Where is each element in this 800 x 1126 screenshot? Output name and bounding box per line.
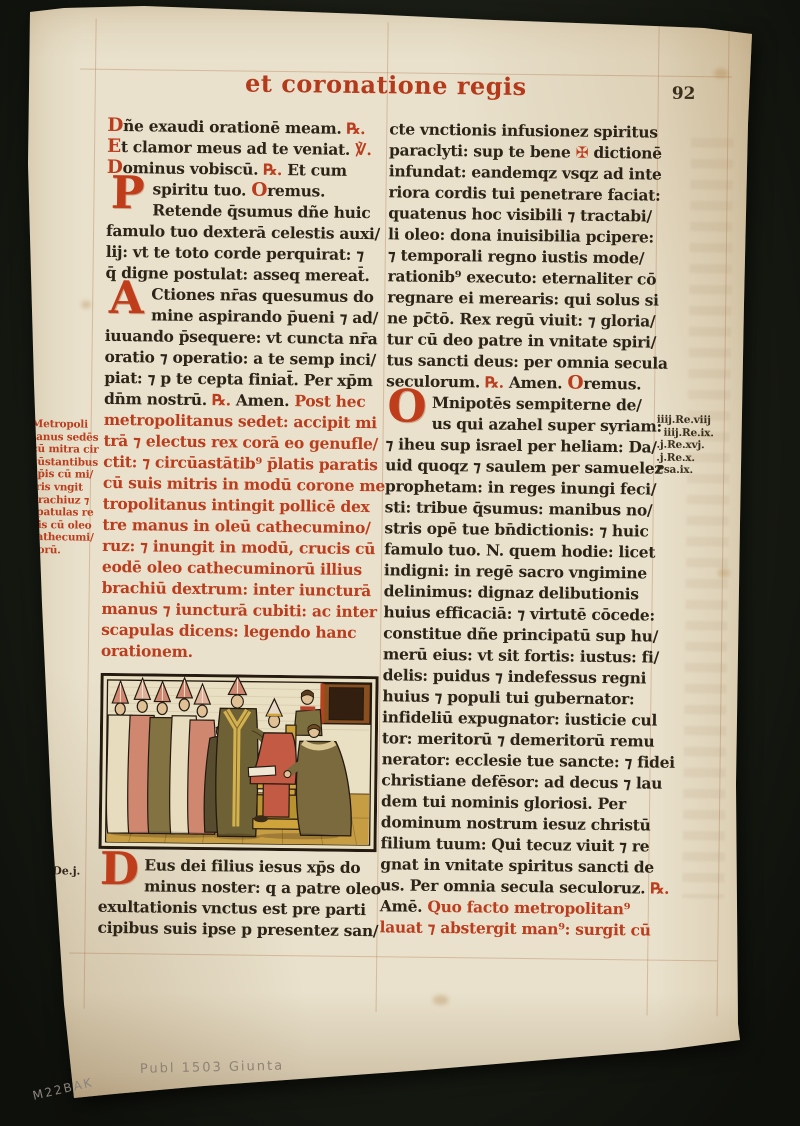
fox-spot <box>714 68 728 78</box>
printed-page-content: et coronatione regis 92 Metropolitanus s… <box>11 0 758 1107</box>
dropcap-initial: O <box>384 385 431 428</box>
text-line: .j.Re.x. <box>656 451 726 464</box>
text-line: ep̄is cū mi/ <box>31 468 97 481</box>
text-line: Eus dei filius iesus xp̄s do <box>144 854 378 878</box>
photograph-of-leaf: { "photo":{ "backdrop_color":"#20241a", … <box>0 0 800 1126</box>
text-line: lauat ⁊ abstergit man⁹: surgit cū <box>379 916 651 940</box>
leaf-photo: et coronatione regis 92 Metropolitanus s… <box>0 0 800 1126</box>
text-line: Psa.ix. <box>656 464 726 477</box>
frame-rule-bottom <box>69 952 717 961</box>
right-text-column: cte vnctionis infusionez spiritusparacly… <box>379 118 661 940</box>
text-line: .j.Re.xvj. <box>656 439 726 452</box>
text-line: Metropoli <box>32 418 98 431</box>
text-line: Mnipotēs sempiterne de/ <box>432 392 658 416</box>
pencil-annotation-publisher: Publ 1503 Giunta <box>140 1059 285 1077</box>
manuscript-leaf: et coronatione regis 92 Metropolitanus s… <box>24 4 758 1102</box>
text-line: orationem. <box>101 640 381 664</box>
text-line: Ctiones nr̄as quesumus do <box>151 283 385 307</box>
text-line: us qui azahel super syriam: <box>432 413 658 437</box>
text-line: brachiuz ⁊ <box>31 494 97 507</box>
text-line: gis cū oleo <box>30 519 96 532</box>
fox-spot <box>433 995 449 1005</box>
text-line: spiritu tuo. Oremus. <box>152 178 386 202</box>
text-line: Retende q̄sumus dñe huic <box>152 199 386 223</box>
text-line: norū. <box>30 544 96 557</box>
woodcut-illustration <box>99 673 379 852</box>
text-line: cū mitra cir <box>31 443 97 456</box>
text-line: tanus sedēs <box>31 431 97 444</box>
margin-note-metropolitanus: Metropolitanus sedēscū mitra circūstanti… <box>30 418 98 557</box>
margin-ref-de-j: De.j. <box>52 864 80 877</box>
text-line: iiij.Re.ix. <box>657 426 727 439</box>
text-line: cathecumi/ <box>30 531 96 544</box>
text-line: minus noster: q a patre oleo <box>144 875 378 899</box>
fox-spot <box>81 301 91 309</box>
page-number: 92 <box>672 84 696 104</box>
text-line: cūstantibus <box>31 456 97 469</box>
left-text-column: Dñe exaudi orationē meam. ℞.Et clamor me… <box>101 115 388 664</box>
text-line: iiij.Re.viij <box>657 414 727 427</box>
margin-refs-biblical: iiij.Re.viij iiij.Re.ix..j.Re.xvj..j.Re.… <box>656 414 727 478</box>
dropcap-initial: P <box>104 172 151 215</box>
dropcap-initial: D <box>96 848 143 891</box>
ink-bleedthrough <box>682 138 733 898</box>
fox-spot <box>718 568 730 577</box>
text-line: cipibus suis ipse p presentez san/ <box>97 917 377 941</box>
text-line: spatulas re <box>31 506 97 519</box>
dropcap-initial: A <box>103 277 150 320</box>
text-line: mine aspirando p̄ueni ⁊ ad/ <box>151 304 385 328</box>
text-line: tris vngit <box>31 481 97 494</box>
left-bottom-text-block: Eus dei filius iesus xp̄s dominus noster… <box>97 854 378 941</box>
running-header: et coronatione regis <box>108 67 664 103</box>
